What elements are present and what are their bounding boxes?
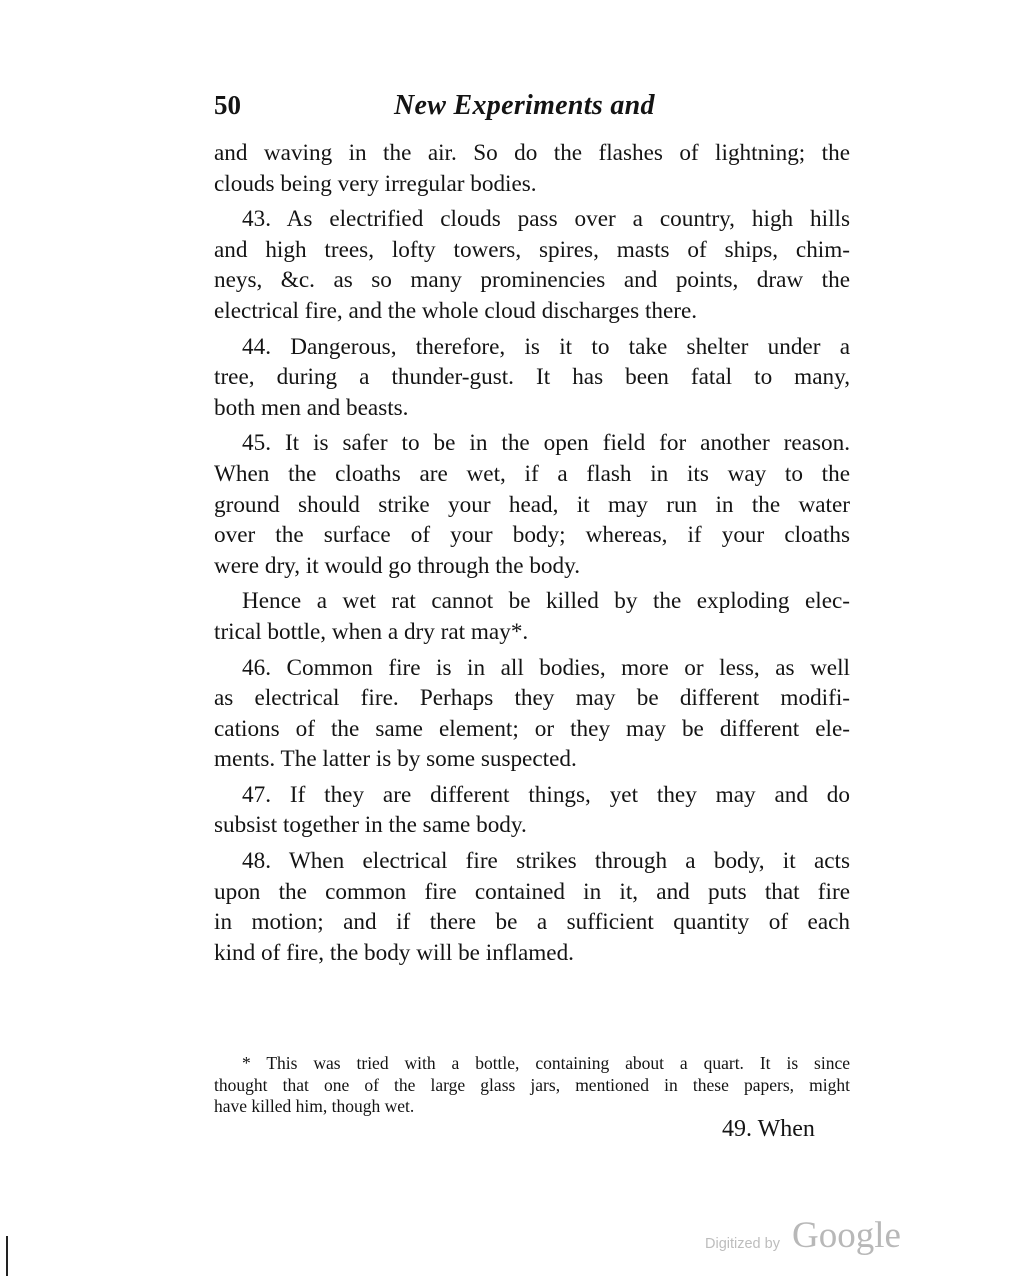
text-line: ments. The latter is by some suspected. — [214, 744, 850, 775]
paragraph-44-start: 44. Dangerous, therefore, is it to take … — [214, 332, 850, 363]
catchword: 49. When — [722, 1116, 815, 1143]
text-line: cations of the same element; or they may… — [214, 714, 850, 745]
paragraph-48-start: 48. When electrical fire strikes through… — [214, 846, 850, 877]
text-line: When the cloaths are wet, if a flash in … — [214, 459, 850, 490]
book-page: 50 New Experiments and and waving in the… — [0, 0, 1014, 1282]
binding-edge-mark — [6, 1236, 8, 1276]
text-line: subsist together in the same body. — [214, 810, 850, 841]
text-line: ground should strike your head, it may r… — [214, 490, 850, 521]
paragraph-43-start: 43. As electrified clouds pass over a co… — [214, 204, 850, 235]
paragraph-47-start: 47. If they are different things, yet th… — [214, 780, 850, 811]
page-number: 50 — [214, 90, 241, 121]
page-header: 50 New Experiments and — [214, 90, 854, 130]
text-line: clouds being very irregular bodies. — [214, 169, 850, 200]
paragraph-46-start: 46. Common fire is in all bodies, more o… — [214, 653, 850, 684]
running-head: New Experiments and — [394, 90, 655, 122]
footnote-line: * This was tried with a bottle, containi… — [214, 1053, 850, 1075]
text-line: and high trees, lofty towers, spires, ma… — [214, 235, 850, 266]
text-line: both men and beasts. — [214, 393, 850, 424]
footnote-line: have killed him, though wet. — [214, 1096, 850, 1118]
paragraph-45-start: 45. It is safer to be in the open field … — [214, 428, 850, 459]
text-line: trical bottle, when a dry rat may*. — [214, 617, 850, 648]
footnote: * This was tried with a bottle, containi… — [214, 1053, 850, 1118]
text-line: over the surface of your body; whereas, … — [214, 520, 850, 551]
text-line: tree, during a thunder-gust. It has been… — [214, 362, 850, 393]
text-line: upon the common fire contained in it, an… — [214, 877, 850, 908]
text-line: neys, &c. as so many prominencies and po… — [214, 265, 850, 296]
text-line: were dry, it would go through the body. — [214, 551, 850, 582]
text-line: kind of fire, the body will be inflamed. — [214, 938, 850, 969]
text-line: in motion; and if there be a sufficient … — [214, 907, 850, 938]
paragraph-hence-start: Hence a wet rat cannot be killed by the … — [214, 586, 850, 617]
body-text: and waving in the air. So do the flashes… — [214, 138, 850, 968]
text-line: and waving in the air. So do the flashes… — [214, 138, 850, 169]
google-logo: Google — [792, 1214, 901, 1257]
text-line: as electrical fire. Perhaps they may be … — [214, 683, 850, 714]
watermark-prefix: Digitized by — [705, 1236, 780, 1252]
footnote-line: thought that one of the large glass jars… — [214, 1075, 850, 1097]
text-line: electrical fire, and the whole cloud dis… — [214, 296, 850, 327]
